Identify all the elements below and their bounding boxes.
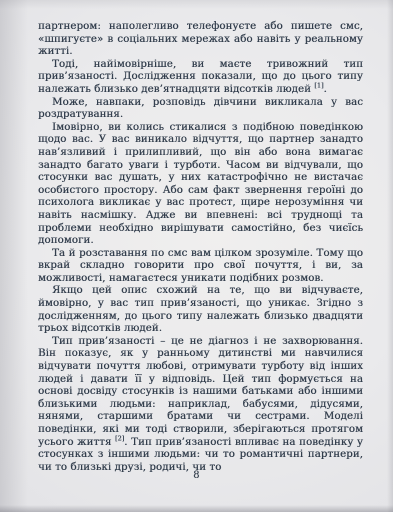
paragraph: Якщо цей опис схожий на те, що ви відчув… <box>38 285 363 335</box>
paragraph: Тип прив’язаності – це не діагноз і не з… <box>38 336 363 475</box>
paragraph: Може, навпаки, розповідь дівчини виклика… <box>38 97 363 122</box>
paragraph: Тоді, найімовірніше, ви маєте тривожний … <box>38 59 363 97</box>
screenshot-viewport: партнером: наполегливо телефонуєте або п… <box>0 0 393 512</box>
footnote-ref: [1] <box>314 82 323 90</box>
paragraph: Та й розставання по смс вам цілком зрозу… <box>38 248 363 286</box>
footnote-ref: [2] <box>115 434 124 442</box>
page-text-block: партнером: наполегливо телефонуєте або п… <box>38 21 363 474</box>
page-number: 8 <box>0 470 393 481</box>
paragraph: Імовірно, ви колись стикалися з подібною… <box>38 122 363 248</box>
paragraph: партнером: наполегливо телефонуєте або п… <box>38 21 363 59</box>
book-page: партнером: наполегливо телефонуєте або п… <box>0 0 393 512</box>
